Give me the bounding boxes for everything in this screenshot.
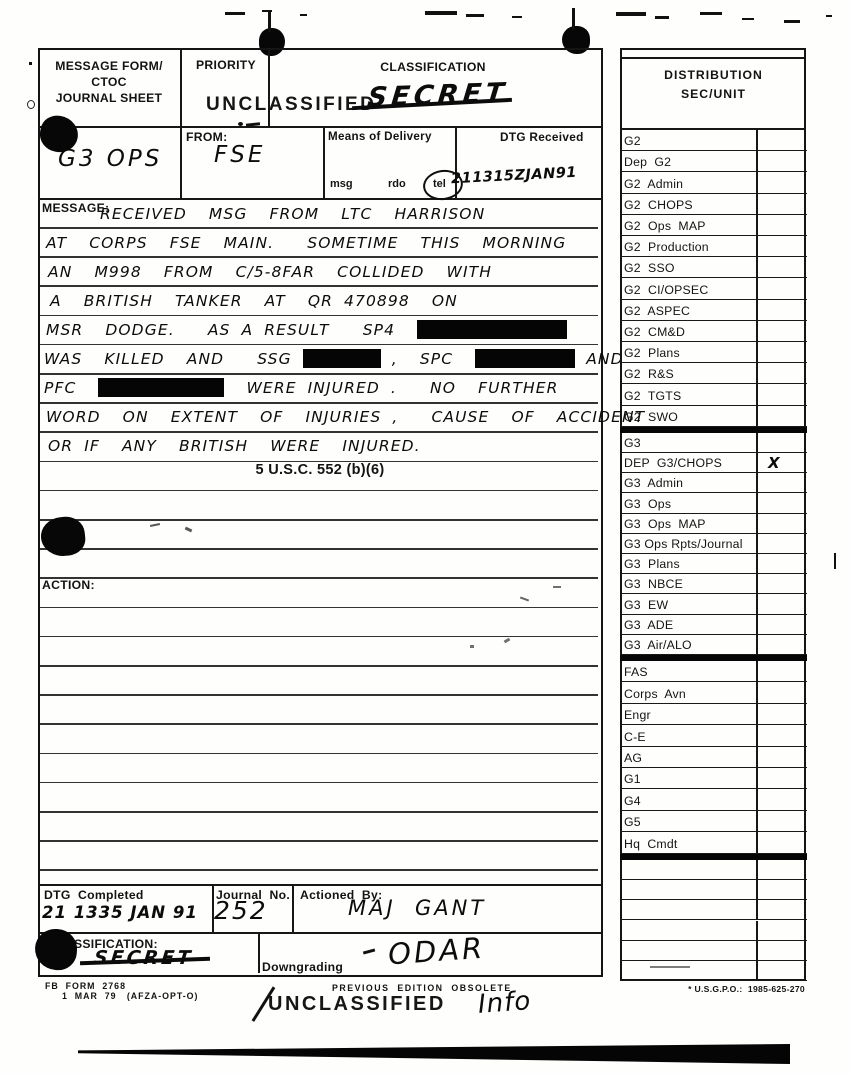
scan-speck	[834, 553, 836, 569]
distribution-row: Dep G2	[620, 151, 807, 172]
scan-speck	[826, 15, 832, 17]
distribution-row-label: G3 Ops	[624, 497, 671, 511]
distribution-row: AG	[620, 747, 807, 768]
rule-line	[40, 315, 598, 317]
distribution-row-label: Corps Avn	[624, 687, 686, 701]
form-date: 1 MAR 79 (AFZA-OPT-O)	[62, 991, 198, 1001]
scan-speck	[425, 11, 457, 15]
message-line: WAS KILLED AND SSG , SPC AND	[44, 350, 624, 369]
message-text: WORD ON EXTENT OF INJURIES , CAUSE OF AC…	[46, 408, 645, 426]
scan-speck	[466, 14, 484, 17]
rule-line	[40, 577, 598, 579]
distribution-title-line1: DISTRIBUTION	[620, 66, 807, 85]
distribution-check-cell	[756, 406, 807, 426]
distribution-row	[620, 941, 807, 961]
distribution-check-cell	[756, 594, 807, 613]
distribution-row-label: G2 Admin	[624, 177, 683, 191]
distribution-row-label: G3 Ops MAP	[624, 517, 706, 531]
distribution-row: Engr	[620, 704, 807, 725]
redaction-bar	[475, 349, 575, 368]
distribution-check-cell	[756, 130, 807, 150]
redaction-bar	[417, 320, 567, 339]
scan-speck	[29, 62, 32, 65]
distribution-row: DEP G3/CHOPSX	[620, 453, 807, 473]
distribution-row: G2 Ops MAP	[620, 215, 807, 236]
distribution-row: FAS	[620, 661, 807, 682]
grid-line	[323, 126, 325, 198]
distribution-title-line2: SEC/UNIT	[620, 85, 807, 104]
message-line: WORD ON EXTENT OF INJURIES , CAUSE OF AC…	[46, 408, 645, 426]
distribution-row: G3 Plans	[620, 554, 807, 574]
distribution-check-cell	[756, 635, 807, 654]
message-text: A BRITISH TANKER AT QR 470898 ON	[50, 292, 458, 310]
distribution-row: G2 Admin	[620, 172, 807, 193]
distribution-row	[620, 880, 807, 900]
distribution-check-cell	[756, 236, 807, 256]
distribution-row-label: Engr	[624, 708, 651, 722]
distribution-check-cell	[756, 921, 807, 940]
distribution-row-label: G2 SWO	[624, 410, 678, 424]
distribution-row-label: DEP G3/CHOPS	[624, 456, 722, 470]
scan-speck	[300, 14, 307, 16]
scan-speck	[616, 12, 646, 16]
message-line: MSR DODGE. AS A RESULT SP4	[46, 321, 567, 340]
distribution-row-label: G2 Ops MAP	[624, 219, 706, 233]
distribution-row-label: Dep G2	[624, 155, 671, 169]
grid-line	[292, 884, 294, 932]
scan-bar	[78, 1044, 790, 1064]
redaction-bar	[98, 378, 224, 397]
distribution-check-cell	[756, 534, 807, 553]
distribution-row-label: G2 ASPEC	[624, 304, 690, 318]
classification-label: CLASSIFICATION	[268, 60, 598, 74]
form-title: MESSAGE FORM/ CTOC JOURNAL SHEET	[40, 58, 178, 106]
distribution-check-cell	[756, 172, 807, 192]
grid-line	[258, 932, 260, 973]
form-title-line2: CTOC	[40, 74, 178, 90]
rule-line	[40, 431, 598, 433]
rule-line	[40, 285, 598, 287]
distribution-check-cell	[756, 661, 807, 681]
distribution-check-cell	[756, 900, 807, 919]
distribution-check-cell	[756, 215, 807, 235]
rule-line	[40, 811, 598, 813]
distribution-check-cell	[756, 704, 807, 724]
message-text: OR IF ANY BRITISH WERE INJURED.	[48, 437, 421, 455]
distribution-row-label: G2 CI/OPSEC	[624, 283, 708, 297]
message-text: RECEIVED MSG FROM LTC HARRISON	[100, 205, 485, 223]
distribution-row-label: G3 EW	[624, 598, 668, 612]
distribution-row-label: C-E	[624, 730, 646, 744]
scan-speck	[27, 100, 35, 109]
rule-line	[40, 665, 598, 667]
distribution-check-cell	[756, 473, 807, 492]
distribution-row-label: G2 R&S	[624, 367, 674, 381]
downgrading-label: Downgrading	[262, 960, 343, 974]
to-value: G3 OPS	[58, 146, 162, 172]
foia-exemption-note: 5 U.S.C. 552 (b)(6)	[38, 462, 602, 478]
grid-line	[38, 198, 602, 200]
rule-line	[40, 723, 598, 725]
distribution-row: G2 CM&D	[620, 321, 807, 342]
rule-line	[40, 402, 598, 404]
distribution-row-label: G3 Ops Rpts/Journal	[624, 537, 743, 551]
info-handwritten: Info	[477, 986, 532, 1020]
distribution-row: G3 NBCE	[620, 574, 807, 594]
message-text: AN M998 FROM C/5-8FAR COLLIDED WITH	[48, 263, 492, 281]
distribution-check-cell	[756, 151, 807, 171]
action-label: ACTION:	[42, 578, 95, 592]
ink-blot-tail	[572, 8, 575, 30]
distribution-row: Corps Avn	[620, 682, 807, 703]
delivery-option-rdo: rdo	[388, 178, 406, 190]
distribution-row-label: G3 Air/ALO	[624, 638, 692, 652]
grid-line	[38, 126, 602, 128]
distribution-row: G2 Production	[620, 236, 807, 257]
message-text: AND	[575, 350, 623, 368]
downgrading-value: ODAR	[387, 931, 486, 972]
distribution-row: G3 EW	[620, 594, 807, 614]
rule-line	[40, 869, 598, 871]
distribution-row: G3 Ops	[620, 493, 807, 513]
distribution-row: G2	[620, 130, 807, 151]
scan-speck	[512, 16, 522, 18]
message-line: AT CORPS FSE MAIN. SOMETIME THIS MORNING	[46, 234, 566, 252]
form-title-line1: MESSAGE FORM/	[40, 58, 178, 74]
distribution-row: G3 ADE	[620, 615, 807, 635]
rule-line	[40, 256, 598, 258]
distribution-row-label: G5	[624, 815, 641, 829]
rule-line	[40, 607, 598, 609]
scanned-message-form: MESSAGE FORM/ CTOC JOURNAL SHEET PRIORIT…	[0, 0, 850, 1075]
distribution-row: G2 CI/OPSEC	[620, 278, 807, 299]
message-text: WAS KILLED AND SSG	[44, 350, 303, 368]
distribution-row-label: G2 CM&D	[624, 325, 685, 339]
grid-line	[38, 932, 602, 934]
distribution-row-label: G2 TGTS	[624, 389, 681, 403]
distribution-row-label: G3 NBCE	[624, 577, 683, 591]
dtg-received-label: DTG Received	[500, 130, 584, 144]
distribution-check-cell	[756, 300, 807, 320]
rule-line	[40, 840, 598, 842]
distribution-row	[620, 860, 807, 880]
distribution-check-cell	[756, 363, 807, 383]
rule-line	[40, 344, 598, 346]
unclassified-stamp-bottom: UNCLASSIFIED	[268, 993, 446, 1016]
distribution-check-cell	[756, 615, 807, 634]
distribution-check-cell	[756, 257, 807, 277]
message-text: WERE INJURED . NO FURTHER	[224, 379, 558, 397]
ink-blot-tail	[268, 10, 271, 32]
message-text: MSR DODGE. AS A RESULT SP4	[46, 321, 417, 339]
message-line: A BRITISH TANKER AT QR 470898 ON	[50, 292, 458, 310]
rule-line	[40, 490, 598, 492]
distribution-row-label: G3	[624, 436, 641, 450]
distribution-check-cell	[756, 321, 807, 341]
distribution-check-cell	[756, 832, 807, 852]
grid-line	[180, 48, 182, 198]
distribution-row-label: Hq Cmdt	[624, 837, 678, 851]
distribution-row-label: G3 Admin	[624, 476, 683, 490]
rule-line	[40, 694, 598, 696]
distribution-check-cell	[756, 554, 807, 573]
redaction-bar	[303, 349, 381, 368]
scan-speck	[470, 645, 474, 648]
distribution-row-label: G2 CHOPS	[624, 198, 693, 212]
distribution-title: DISTRIBUTION SEC/UNIT	[620, 66, 807, 104]
message-line: RECEIVED MSG FROM LTC HARRISON	[100, 205, 485, 223]
message-text: , SPC	[381, 350, 475, 368]
dtg-completed-label: DTG Completed	[44, 888, 144, 902]
rule-line	[40, 636, 598, 638]
distribution-row: G2 SSO	[620, 257, 807, 278]
distribution-check-cell	[756, 682, 807, 702]
distribution-check-cell	[756, 747, 807, 767]
distribution-row-label: G2	[624, 134, 641, 148]
scan-speck	[655, 16, 669, 19]
distribution-check-cell	[756, 278, 807, 298]
distribution-row: C-E	[620, 725, 807, 746]
delivery-label: Means of Delivery	[328, 130, 432, 143]
distribution-check-cell	[756, 880, 807, 899]
distribution-row: G3 Air/ALO	[620, 635, 807, 655]
dtg-completed-value: 21 1335 JAN 91	[42, 903, 198, 922]
rule-line	[40, 548, 598, 550]
rule-line	[40, 227, 598, 229]
distribution-row-label: G2 SSO	[624, 261, 675, 275]
distribution-check-cell: X	[756, 453, 807, 472]
scan-speck	[784, 20, 800, 23]
distribution-row-label: G4	[624, 794, 641, 808]
distribution-row: G4	[620, 789, 807, 810]
distribution-check-cell	[756, 384, 807, 404]
distribution-row: G2 Plans	[620, 342, 807, 363]
scan-speck	[553, 586, 561, 588]
distribution-row-label: G2 Production	[624, 240, 709, 254]
pen-mark	[238, 122, 243, 126]
distribution-row-label: G3 Plans	[624, 557, 680, 571]
distribution-row-label: G2 Plans	[624, 346, 680, 360]
distribution-check-cell	[756, 961, 807, 980]
distribution-row: G1	[620, 768, 807, 789]
distribution-check-cell	[756, 789, 807, 809]
distribution-row-label: G1	[624, 772, 641, 786]
distribution-check-cell	[756, 860, 807, 879]
distribution-row-label: FAS	[624, 665, 648, 679]
distribution-row	[620, 900, 807, 920]
distribution-check-cell	[756, 768, 807, 788]
distribution-check-cell	[756, 342, 807, 362]
gpo-number: * U.S.G.P.O.: 1985-625-270	[620, 984, 805, 994]
distribution-row	[620, 961, 807, 981]
secret-handwritten: SECRET	[366, 78, 509, 114]
distribution-check-cell	[756, 433, 807, 452]
form-number: FB FORM 2768	[45, 981, 126, 991]
distribution-check-cell	[756, 194, 807, 214]
distribution-row-label: AG	[624, 751, 642, 765]
priority-label: PRIORITY	[196, 58, 256, 72]
distribution-check-cell	[756, 574, 807, 593]
distribution-row: G3 Ops Rpts/Journal	[620, 534, 807, 554]
distribution-row: G2 CHOPS	[620, 194, 807, 215]
scan-speck	[650, 966, 690, 968]
distribution-check-cell	[756, 725, 807, 745]
scan-speck	[225, 12, 245, 15]
form-title-line3: JOURNAL SHEET	[40, 90, 178, 106]
message-line: PFC WERE INJURED . NO FURTHER	[44, 379, 559, 398]
grid-line	[38, 884, 602, 886]
grid-line	[620, 57, 805, 59]
journal-no-value: 252	[214, 896, 268, 925]
distribution-row: Hq Cmdt	[620, 832, 807, 853]
distribution-row: G2 ASPEC	[620, 300, 807, 321]
unclassified-stamp: UNCLASSIFIED	[206, 94, 376, 116]
rule-line	[40, 753, 598, 755]
from-value: FSE	[214, 142, 265, 168]
distribution-row: G5	[620, 811, 807, 832]
rule-line	[40, 373, 598, 375]
message-line: OR IF ANY BRITISH WERE INJURED.	[48, 437, 421, 455]
rule-line	[40, 519, 598, 521]
distribution-row: G3	[620, 433, 807, 453]
scan-speck	[742, 18, 754, 20]
form-border	[38, 48, 603, 977]
message-text: AT CORPS FSE MAIN. SOMETIME THIS MORNING	[46, 234, 566, 252]
distribution-check-cell	[756, 811, 807, 831]
distribution-check-cell	[756, 514, 807, 533]
distribution-row: G2 SWO	[620, 406, 807, 427]
distribution-row-label: G3 ADE	[624, 618, 673, 632]
distribution-row: G3 Admin	[620, 473, 807, 493]
rule-line	[40, 782, 598, 784]
actioned-by-value: MAJ GANT	[348, 896, 486, 920]
distribution-row: G3 Ops MAP	[620, 514, 807, 534]
message-text: PFC	[44, 379, 98, 397]
delivery-option-msg: msg	[330, 178, 353, 190]
distribution-check-cell	[756, 493, 807, 512]
scan-speck	[700, 12, 722, 15]
distribution-row	[620, 921, 807, 941]
distribution-row: G2 R&S	[620, 363, 807, 384]
distribution-check-cell	[756, 941, 807, 960]
check-mark: X	[768, 454, 780, 472]
distribution-row: G2 TGTS	[620, 384, 807, 405]
message-line: AN M998 FROM C/5-8FAR COLLIDED WITH	[48, 263, 492, 281]
